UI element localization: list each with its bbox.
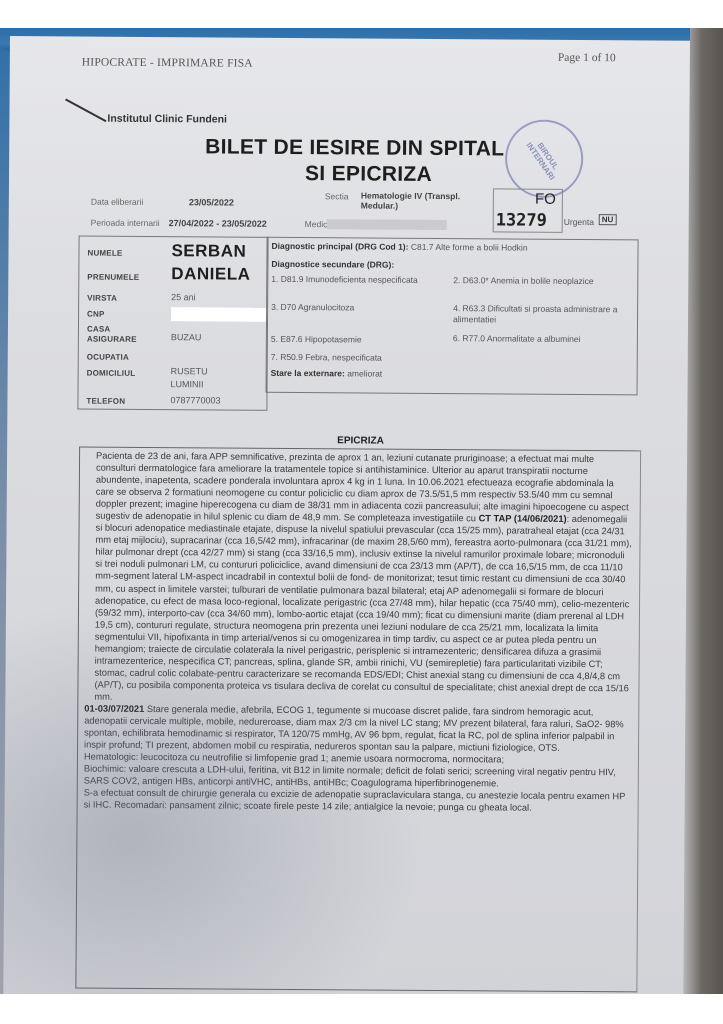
- secondary-diagnoses-label: Diagnostice secundare (DRG):: [271, 259, 394, 270]
- phone: 0787770003: [170, 394, 220, 407]
- discharge-state-value: ameliorat: [347, 368, 382, 378]
- age: 25 ani: [171, 291, 196, 304]
- age-label: VIRSTA: [87, 294, 117, 304]
- secondary-diagnosis-5: 5. E87.6 Hipopotasemie: [271, 334, 441, 346]
- section-label: Sectia: [325, 191, 349, 201]
- urgency-value: NU: [599, 214, 617, 225]
- first-name-label: PRENUMELE: [87, 273, 139, 283]
- epicriza-paragraph-surgery: S-a efectuat consult de chirurgie genera…: [84, 787, 632, 815]
- epicriza-paragraph-history: Pacienta de 23 de ani, fara APP semnific…: [84, 450, 634, 707]
- insurance: BUZAU: [171, 331, 202, 344]
- address: RUSETU LUMINII: [171, 365, 221, 391]
- first-name: DANIELA: [171, 264, 250, 285]
- secondary-diagnosis-7: 7. R50.9 Febra, nespecificata: [271, 352, 451, 364]
- document-title: BILET DE IESIRE DIN SPITAL: [205, 135, 504, 161]
- principal-diagnosis: C81.7 Alte forme a bolii Hodkin: [411, 242, 528, 253]
- exam-date: 01-03/07/2021: [84, 704, 144, 714]
- phone-label: TELEFON: [86, 397, 125, 407]
- secondary-diagnosis-3: 3. D70 Agranulocitoza: [271, 302, 441, 314]
- epicriza-box: Pacienta de 23 de ani, fara APP semnific…: [75, 446, 641, 992]
- diagnosis-box: Diagnostic principal (DRG Cod 1): C81.7 …: [266, 237, 639, 396]
- urgency-label: Urgenta: [564, 217, 594, 227]
- discharge-document: HIPOCRATE - IMPRIMARE FISA Page 1 of 10 …: [3, 36, 690, 994]
- stay-period-label: Perioada internarii: [91, 218, 160, 228]
- cnp-label: CNP: [87, 310, 105, 320]
- patient-info-box: NUMELE SERBAN PRENUMELE DANIELA VIRSTA 2…: [77, 235, 268, 410]
- doctor-redacted: [327, 219, 447, 230]
- epicriza-text: Pacienta de 23 de ani, fara APP semnific…: [78, 447, 641, 814]
- discharge-state: Stare la externare: ameliorat: [271, 368, 383, 379]
- occupation-label: OCUPATIA: [87, 353, 129, 363]
- discharge-state-label: Stare la externare:: [271, 368, 345, 379]
- institution-name: Institutul Clinic Fundeni: [107, 113, 227, 126]
- epicriza-paragraph-exam: 01-03/07/2021 Stare generala medie, afeb…: [84, 703, 632, 755]
- document-subtitle: SI EPICRIZA: [305, 162, 432, 187]
- ct-findings: : adenomegalii si blocuri adenopatice me…: [94, 514, 631, 702]
- history-text: Pacienta de 23 de ani, fara APP semnific…: [96, 451, 629, 524]
- release-date: 23/05/2022: [189, 197, 234, 207]
- stamp-text: BIROUL INTERNARI: [516, 123, 573, 194]
- fo-number: 13279: [496, 210, 547, 230]
- section-value: Hematologie IV (Transpl. Medular.): [361, 190, 489, 211]
- secondary-diagnosis-1: 1. D81.9 Imunodeficienta nespecificata: [271, 274, 441, 286]
- release-date-label: Data eliberarii: [91, 197, 144, 207]
- insurance-label: CASA ASIGURARE: [87, 325, 157, 345]
- doctor-label: Medic: [305, 219, 328, 229]
- document-photo: HIPOCRATE - IMPRIMARE FISA Page 1 of 10 …: [0, 28, 723, 994]
- address-label: DOMICILIUL: [87, 369, 136, 379]
- pen-mark: [65, 99, 106, 123]
- stay-period: 27/04/2022 - 23/05/2022: [169, 218, 267, 229]
- secondary-diagnosis-6: 6. R77.0 Anormalitate a albuminei: [453, 333, 633, 345]
- epicriza-title: EPICRIZA: [337, 435, 384, 446]
- fo-label: FO: [535, 191, 556, 208]
- ct-date: CT TAP (14/06/2021): [479, 514, 567, 525]
- fo-box: FO 13279: [493, 188, 563, 232]
- exam-text: Stare generala medie, afebrila, ECOG 1, …: [84, 704, 624, 753]
- cnp-redacted: [171, 307, 267, 322]
- secondary-diagnosis-2: 2. D63.0* Anemia in bolile neoplazice: [453, 275, 633, 287]
- last-name: SERBAN: [171, 241, 246, 262]
- principal-diagnosis-label-text: Diagnostic principal (DRG Cod 1):: [272, 241, 409, 252]
- principal-diagnosis-label: Diagnostic principal (DRG Cod 1): C81.7 …: [272, 241, 528, 253]
- secondary-diagnosis-4: 4. R63.3 Dificultati si proasta administ…: [453, 303, 633, 326]
- system-header: HIPOCRATE - IMPRIMARE FISA: [82, 57, 253, 70]
- last-name-label: NUMELE: [87, 249, 122, 259]
- page-indicator: Page 1 of 10: [558, 52, 616, 64]
